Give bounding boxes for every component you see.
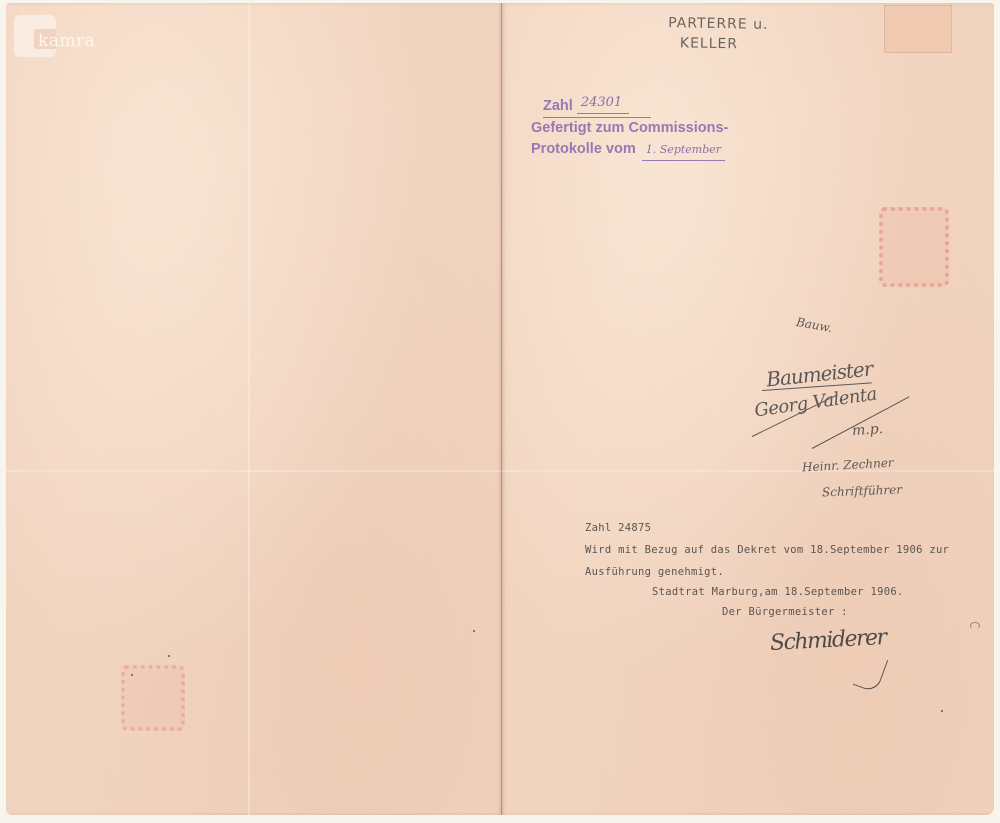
- signature-line: Heinr. Zechner: [802, 456, 894, 475]
- signatory-title: Der Bürgermeister :: [722, 606, 848, 618]
- stamp-line3-label: Protokolle vom: [531, 141, 636, 157]
- paper-speck: [168, 655, 170, 657]
- stamp-line3-value: 1. September: [642, 139, 725, 161]
- pencil-note: PARTERRE u. KELLER: [668, 13, 769, 55]
- paper-mark: [970, 622, 980, 629]
- paper-speck: [131, 674, 133, 676]
- stamp-line3: Protokolle vom 1. September: [531, 139, 728, 161]
- handwritten-signatures: Bauw. Baumeister Georg Valenta m.p. Hein…: [752, 318, 942, 508]
- watermark-text: kamra: [38, 31, 95, 51]
- left-page-horizontal-fold: [6, 470, 502, 472]
- commission-stamp: Zahl 24301 Gefertigt zum Commissions- Pr…: [531, 96, 728, 161]
- stamp-line2: Gefertigt zum Commissions-: [531, 118, 728, 139]
- signature-line: Bauw.: [795, 315, 833, 335]
- signature-line: Schriftführer: [822, 483, 902, 500]
- page-spine: [501, 3, 502, 815]
- paper-speck: [473, 630, 475, 632]
- decision-text-line2: Ausführung genehmigt.: [585, 566, 724, 578]
- kamra-watermark: kamra: [12, 15, 112, 55]
- paper-patch: [884, 5, 952, 53]
- decision-number: Zahl 24875: [585, 522, 651, 534]
- pencil-note-line2: KELLER: [680, 33, 769, 55]
- stamp-zahl-value: 24301: [577, 92, 629, 114]
- red-seal-right: [879, 207, 949, 287]
- paper-speck: [941, 710, 943, 712]
- stamp-zahl-row: Zahl 24301: [543, 96, 728, 118]
- left-page: [6, 3, 502, 815]
- pencil-note-line1: PARTERRE u.: [668, 13, 769, 35]
- stamp-zahl-label: Zahl: [543, 98, 573, 114]
- left-page-fold: [248, 3, 250, 815]
- decision-text-line1: Wird mit Bezug auf das Dekret vom 18.Sep…: [585, 544, 949, 556]
- decision-place-date: Stadtrat Marburg,am 18.September 1906.: [652, 586, 904, 598]
